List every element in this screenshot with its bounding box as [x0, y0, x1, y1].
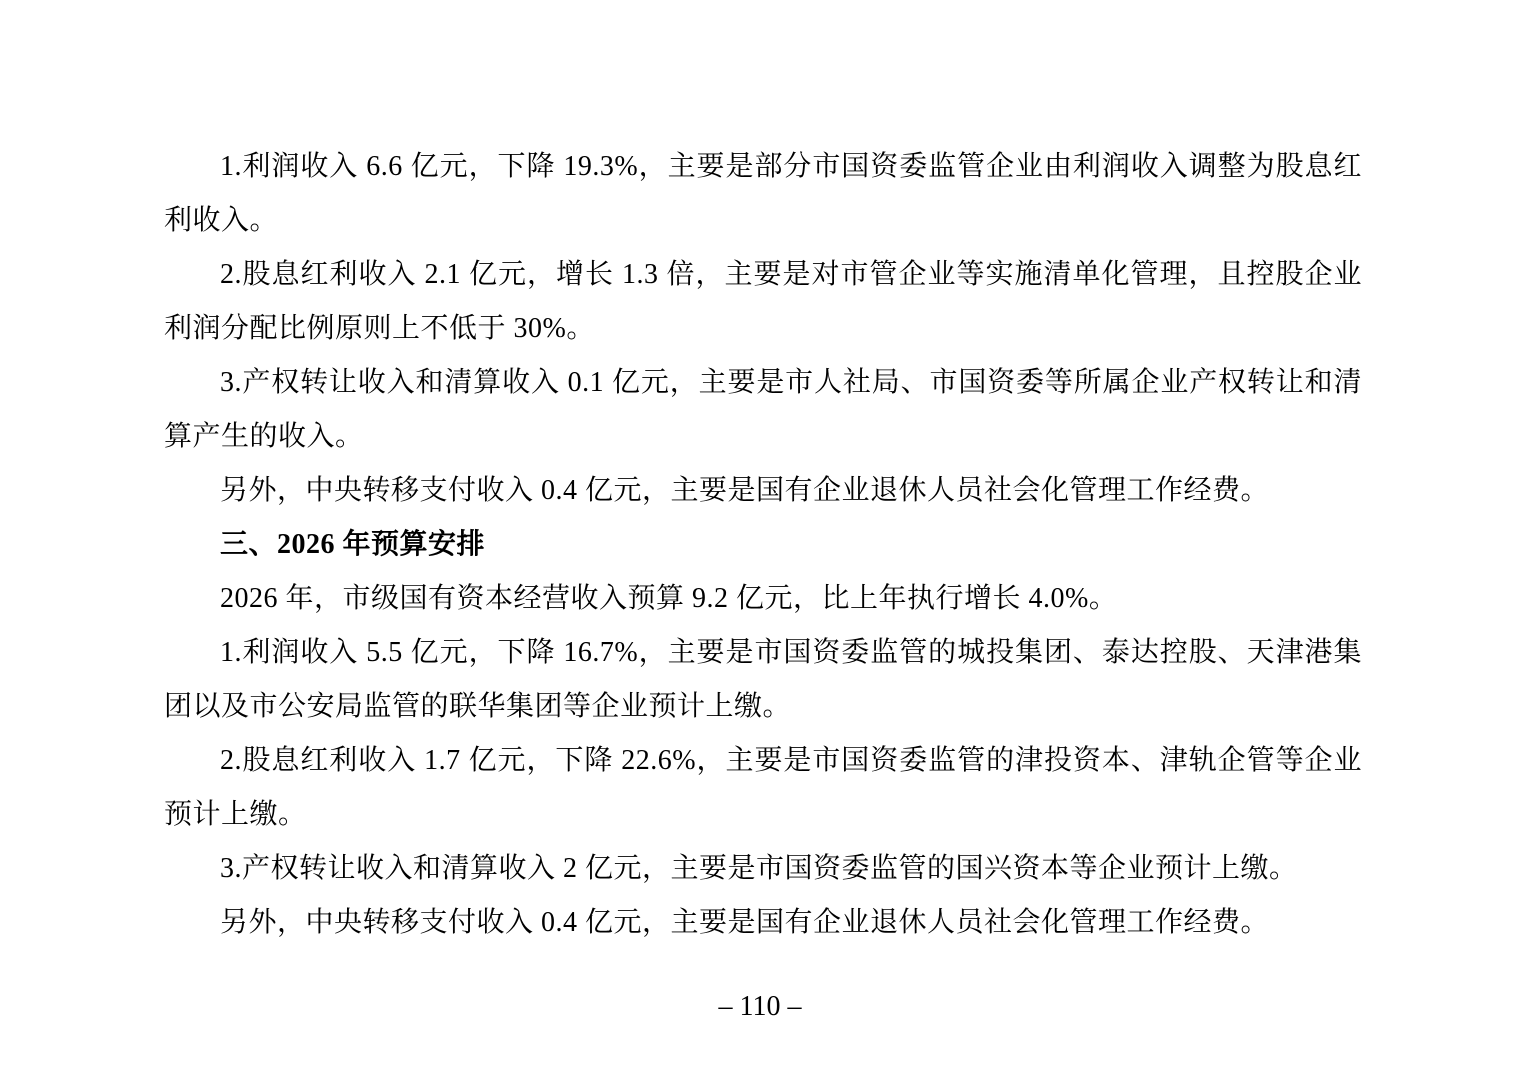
- paragraph: 3.产权转让收入和清算收入 2 亿元，主要是市国资委监管的国兴资本等企业预计上缴…: [164, 842, 1362, 896]
- paragraph: 1.利润收入 5.5 亿元，下降 16.7%，主要是市国资委监管的城投集团、泰达…: [164, 626, 1362, 734]
- section-heading: 三、2026 年预算安排: [164, 518, 1362, 572]
- paragraph: 2.股息红利收入 1.7 亿元，下降 22.6%，主要是市国资委监管的津投资本、…: [164, 734, 1362, 842]
- page-number: – 110 –: [719, 991, 802, 1022]
- page-footer: – 110 –: [0, 991, 1520, 1023]
- paragraph: 2.股息红利收入 2.1 亿元，增长 1.3 倍，主要是对市管企业等实施清单化管…: [164, 248, 1362, 356]
- paragraph: 3.产权转让收入和清算收入 0.1 亿元，主要是市人社局、市国资委等所属企业产权…: [164, 356, 1362, 464]
- document-page: 1.利润收入 6.6 亿元，下降 19.3%，主要是部分市国资委监管企业由利润收…: [0, 0, 1520, 1074]
- paragraph: 2026 年，市级国有资本经营收入预算 9.2 亿元，比上年执行增长 4.0%。: [164, 572, 1362, 626]
- paragraph: 另外，中央转移支付收入 0.4 亿元，主要是国有企业退休人员社会化管理工作经费。: [164, 896, 1362, 950]
- document-body: 1.利润收入 6.6 亿元，下降 19.3%，主要是部分市国资委监管企业由利润收…: [164, 140, 1362, 950]
- paragraph: 另外，中央转移支付收入 0.4 亿元，主要是国有企业退休人员社会化管理工作经费。: [164, 464, 1362, 518]
- paragraph: 1.利润收入 6.6 亿元，下降 19.3%，主要是部分市国资委监管企业由利润收…: [164, 140, 1362, 248]
